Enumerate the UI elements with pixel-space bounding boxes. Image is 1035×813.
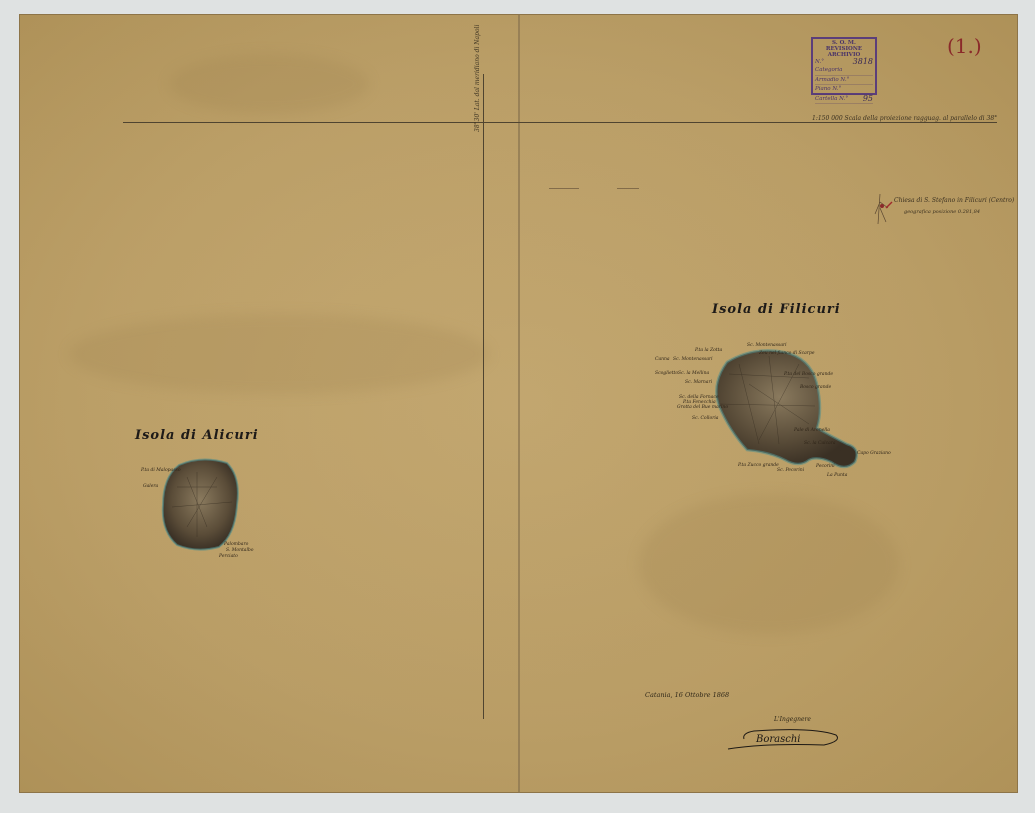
island-title-filicuri: Isola di Filicuri: [712, 302, 841, 317]
paper-stain: [69, 314, 489, 394]
archive-stamp: S. O. M. REVISIONE ARCHIVIO N.° Categori…: [811, 37, 877, 95]
faint-mark: [549, 188, 579, 189]
place-label: Sc. Marnari: [685, 380, 712, 385]
paper-stain: [639, 494, 899, 634]
stamp-value: 3818: [853, 58, 873, 75]
place-label: P.ta la Zotta: [695, 348, 722, 353]
map-sheet: 38°30' Lat. dal meridiano di Napoli S. O…: [19, 14, 1018, 793]
place-label: Sc. Montenassari: [673, 357, 713, 362]
place-label: P.ta Zucco grande: [738, 463, 779, 468]
scale-note: 1:150 000 Scala della proiezione ragguag…: [812, 115, 997, 122]
place-label: P.ta del Bosco grande: [784, 372, 833, 377]
meridian-line: [483, 74, 484, 719]
place-label: S. Montalbo: [226, 548, 254, 553]
stamp-label: N.° Categoria: [815, 58, 853, 75]
place-label: Sc. la Calcara: [804, 441, 836, 446]
place-label: Canna: [655, 357, 670, 362]
stamp-row-cartella: Cartella N.° 95: [815, 95, 873, 104]
engineer-signature: Boraschi: [724, 727, 844, 757]
church-label: Chiesa di S. Stefano in Filicuri (Centro…: [894, 197, 1014, 204]
stamp-label: Armadio N.°: [815, 76, 849, 84]
place-and-date: Catania, 16 Ottobre 1868: [645, 691, 729, 699]
paper-stain: [169, 54, 369, 114]
sheet-number: (1.): [947, 34, 982, 58]
engineer-title: L'Ingegnere: [774, 716, 811, 723]
stamp-row-armadio: Armadio N.°: [815, 76, 873, 85]
place-label: Perciato: [219, 554, 238, 559]
stamp-row-categoria: N.° Categoria 3818: [815, 58, 873, 76]
place-label: Sc. Colloria: [692, 416, 718, 421]
stamp-label: Piano N.°: [815, 85, 841, 93]
place-label: Sc. Montenassari: [747, 343, 787, 348]
place-label: Pecorini: [816, 464, 835, 469]
island-title-alicuri: Isola di Alicuri: [135, 428, 259, 443]
faint-mark: [617, 188, 639, 189]
place-label: Sc. la Mellina: [678, 371, 709, 376]
signature-text: Boraschi: [755, 734, 800, 745]
place-label: Galera: [143, 484, 158, 489]
place-label: Pale di Arenella: [794, 428, 830, 433]
church-triangulation-icon: [874, 194, 894, 226]
stamp-value: 95: [863, 95, 873, 103]
place-label: Bosco grande: [800, 385, 831, 390]
center-fold-line: [518, 14, 520, 793]
place-label: Zeu nel fianco di Scarpe: [759, 351, 815, 356]
place-label: Capo Graziano: [857, 451, 891, 456]
place-label: Sc. Pecorini: [777, 468, 804, 473]
church-position: geografica posizione 0.281,84: [904, 209, 980, 215]
place-label: Palombaro: [224, 542, 248, 547]
place-label: P.ta di Malopasso: [141, 468, 181, 473]
place-label: La Punta: [827, 473, 847, 478]
meridian-note: 38°30' Lat. dal meridiano di Napoli: [474, 25, 481, 132]
place-label: Scoglietto: [655, 371, 678, 376]
parallel-line: [123, 122, 997, 123]
place-label: Grotta del Bue marino: [677, 405, 728, 410]
stamp-label: Cartella N.°: [815, 95, 848, 103]
